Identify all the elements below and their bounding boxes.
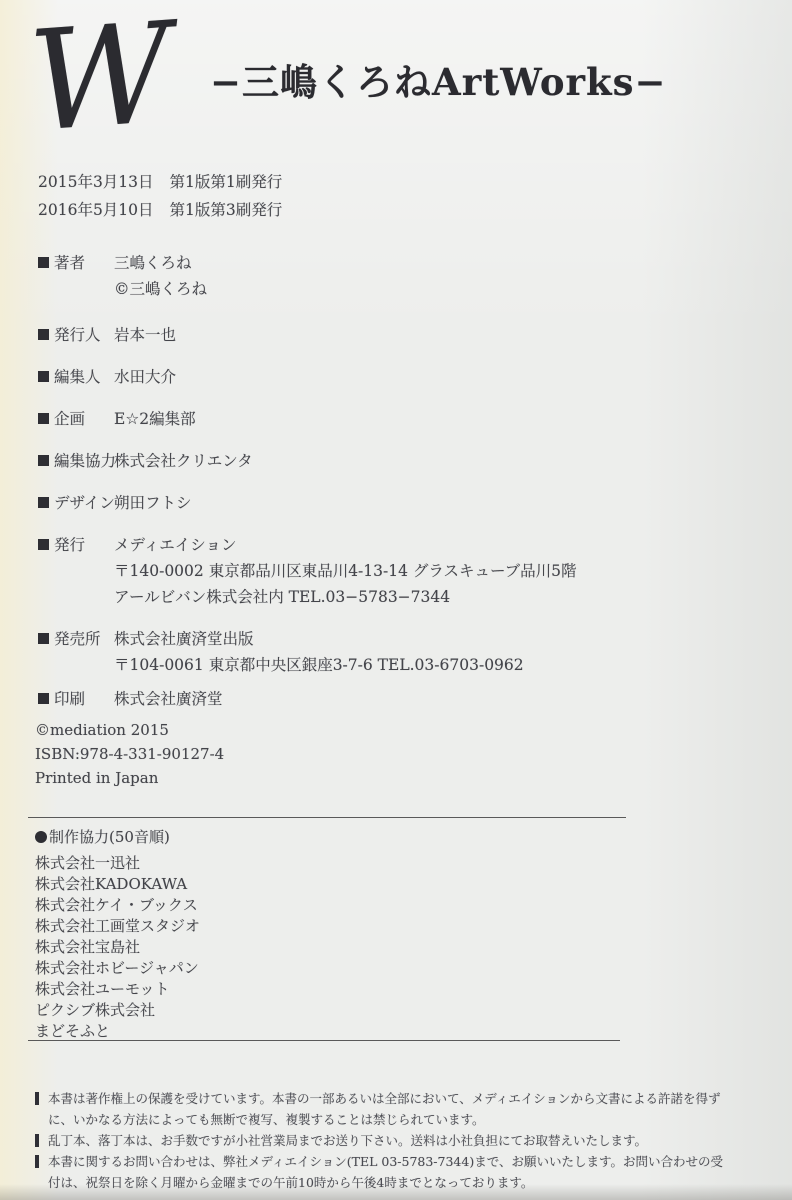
credit-value: 株式会社クリエンタ bbox=[114, 448, 253, 474]
edition-info: 第1版第3刷発行 bbox=[170, 196, 283, 224]
credit-label: 発行 bbox=[38, 532, 114, 610]
note-inquiries: 本書に関するお問い合わせは、弊社メディエイション(TEL 03-5783-734… bbox=[35, 1151, 780, 1193]
copyright-line: ©mediation 2015 bbox=[35, 718, 224, 742]
credit-label: 発売所 bbox=[38, 626, 114, 678]
credit-value-line: E☆2編集部 bbox=[114, 406, 196, 432]
credit-value: 株式会社廣済堂出版 〒104-0061 東京都中央区銀座3-7-6 TEL.03… bbox=[114, 626, 524, 678]
credit-value-line: メディエイション bbox=[114, 532, 577, 558]
credit-value: 三嶋くろね ©三嶋くろね bbox=[114, 250, 207, 302]
company-item: 株式会社工画堂スタジオ bbox=[35, 916, 200, 937]
credit-row-editor: 編集人 水田大介 bbox=[38, 364, 577, 390]
credit-value-line: アールビバン株式会社内 TEL.03−5783−7344 bbox=[114, 584, 577, 610]
credit-value-line: 株式会社廣済堂出版 bbox=[114, 626, 524, 652]
note-line: 本書に関するお問い合わせは、弊社メディエイション(TEL 03-5783-734… bbox=[48, 1151, 780, 1172]
divider-rule-bottom bbox=[28, 1040, 620, 1041]
square-bullet-icon bbox=[38, 539, 49, 550]
edition-date: 2016年5月10日 bbox=[38, 196, 154, 224]
credit-label-text: 著者 bbox=[54, 254, 85, 272]
credit-value-line: 三嶋くろね bbox=[114, 250, 207, 276]
edition-line: 2015年3月13日 第1版第1刷発行 bbox=[38, 168, 282, 196]
note-line: 乱丁本、落丁本は、お手数ですが小社営業局までお送り下さい。送料は小社負担にてお取… bbox=[48, 1130, 780, 1151]
note-line: に、いかなる方法によっても無断で複写、複製することは禁じられています。 bbox=[48, 1109, 780, 1130]
square-bullet-icon bbox=[38, 455, 49, 466]
credit-label: 印刷 bbox=[38, 686, 114, 712]
square-bullet-icon bbox=[38, 329, 49, 340]
credit-row-planning: 企画 E☆2編集部 bbox=[38, 406, 577, 432]
credit-value-line: 岩本一也 bbox=[114, 322, 176, 348]
credit-label-text: 編集人 bbox=[54, 368, 101, 386]
book-title: −三嶋くろねArtWorks− bbox=[210, 52, 666, 106]
printed-in-line: Printed in Japan bbox=[35, 766, 224, 790]
credit-row-distributor: 発売所 株式会社廣済堂出版 〒104-0061 東京都中央区銀座3-7-6 TE… bbox=[38, 626, 577, 678]
credit-row-publishing: 発行 メディエイション 〒140-0002 東京都品川区東品川4-13-14 グ… bbox=[38, 532, 577, 610]
company-item: 株式会社ホビージャパン bbox=[35, 958, 200, 979]
note-line: 付は、祝祭日を除く月曜から金曜までの午前10時から午後4時までとなっております。 bbox=[48, 1172, 780, 1193]
divider-rule-top bbox=[28, 817, 626, 818]
credit-label: 企画 bbox=[38, 406, 114, 432]
edition-info: 第1版第1刷発行 bbox=[170, 168, 283, 196]
square-bullet-icon bbox=[38, 497, 49, 508]
square-bullet-icon bbox=[38, 693, 49, 704]
credit-row-publisher-person: 発行人 岩本一也 bbox=[38, 322, 577, 348]
edition-history: 2015年3月13日 第1版第1刷発行 2016年5月10日 第1版第3刷発行 bbox=[38, 168, 282, 224]
credit-label-text: デザイン bbox=[54, 494, 115, 512]
credit-label-text: 編集協力 bbox=[54, 452, 116, 470]
company-item: 株式会社一迅社 bbox=[35, 853, 200, 874]
company-item: 株式会社ケイ・ブックス bbox=[35, 895, 200, 916]
credit-label-text: 発行 bbox=[54, 536, 85, 554]
credit-row-editorial-cooperation: 編集協力 株式会社クリエンタ bbox=[38, 448, 577, 474]
cooperation-heading-text: 制作協力(50音順) bbox=[49, 828, 170, 846]
credit-label-text: 企画 bbox=[54, 410, 85, 428]
credit-label: 著者 bbox=[38, 250, 114, 302]
bar-bullet-icon bbox=[35, 1155, 39, 1168]
credit-value-line: 朔田フトシ bbox=[114, 490, 192, 516]
credit-value: 水田大介 bbox=[114, 364, 176, 390]
square-bullet-icon bbox=[38, 371, 49, 382]
square-bullet-icon bbox=[38, 413, 49, 424]
credit-value-line: 〒104-0061 東京都中央区銀座3-7-6 TEL.03-6703-0962 bbox=[114, 652, 524, 678]
cooperation-company-list: 株式会社一迅社 株式会社KADOKAWA 株式会社ケイ・ブックス 株式会社工画堂… bbox=[35, 853, 200, 1042]
credit-row-design: デザイン 朔田フトシ bbox=[38, 490, 577, 516]
credit-row-author: 著者 三嶋くろね ©三嶋くろね bbox=[38, 250, 577, 302]
credit-label-text: 発売所 bbox=[54, 630, 101, 648]
legal-notes: 本書は著作権上の保護を受けています。本書の一部あるいは全部において、メディエイシ… bbox=[35, 1088, 780, 1193]
credit-row-printing: 印刷 株式会社廣済堂 bbox=[38, 686, 577, 712]
credit-value: 岩本一也 bbox=[114, 322, 176, 348]
colophon-page: W −三嶋くろねArtWorks− 2015年3月13日 第1版第1刷発行 20… bbox=[0, 0, 792, 1200]
credit-value: メディエイション 〒140-0002 東京都品川区東品川4-13-14 グラスキ… bbox=[114, 532, 577, 610]
credit-label: 発行人 bbox=[38, 322, 114, 348]
isbn-line: ISBN:978-4-331-90127-4 bbox=[35, 742, 224, 766]
note-defective-copies: 乱丁本、落丁本は、お手数ですが小社営業局までお送り下さい。送料は小社負担にてお取… bbox=[35, 1130, 780, 1151]
bar-bullet-icon bbox=[35, 1092, 39, 1105]
credit-label: デザイン bbox=[38, 490, 114, 516]
edition-date: 2015年3月13日 bbox=[38, 168, 154, 196]
circle-bullet-icon bbox=[35, 831, 47, 843]
note-line: 本書は著作権上の保護を受けています。本書の一部あるいは全部において、メディエイシ… bbox=[48, 1088, 780, 1109]
credit-value-line: 水田大介 bbox=[114, 364, 176, 390]
credit-label: 編集人 bbox=[38, 364, 114, 390]
production-cooperation: 制作協力(50音順) 株式会社一迅社 株式会社KADOKAWA 株式会社ケイ・ブ… bbox=[35, 827, 200, 1042]
credit-value: 朔田フトシ bbox=[114, 490, 192, 516]
note-copyright-protection: 本書は著作権上の保護を受けています。本書の一部あるいは全部において、メディエイシ… bbox=[35, 1088, 780, 1130]
edition-line: 2016年5月10日 第1版第3刷発行 bbox=[38, 196, 282, 224]
w-script-logo: W bbox=[25, 0, 177, 159]
bar-bullet-icon bbox=[35, 1134, 39, 1147]
cooperation-heading: 制作協力(50音順) bbox=[35, 827, 200, 847]
credit-label: 編集協力 bbox=[38, 448, 114, 474]
credit-value-line: ©三嶋くろね bbox=[114, 276, 207, 302]
company-item: ピクシブ株式会社 bbox=[35, 1000, 200, 1021]
company-item: まどそふと bbox=[35, 1021, 200, 1042]
credit-value: E☆2編集部 bbox=[114, 406, 196, 432]
credit-value: 株式会社廣済堂 bbox=[114, 686, 223, 712]
copyright-block: ©mediation 2015 ISBN:978-4-331-90127-4 P… bbox=[35, 718, 224, 790]
company-item: 株式会社KADOKAWA bbox=[35, 874, 200, 895]
credit-value-line: 株式会社廣済堂 bbox=[114, 686, 223, 712]
credit-value-line: 〒140-0002 東京都品川区東品川4-13-14 グラスキューブ品川5階 bbox=[114, 558, 577, 584]
credit-value-line: 株式会社クリエンタ bbox=[114, 448, 253, 474]
credits-list: 著者 三嶋くろね ©三嶋くろね 発行人 岩本一也 編集人 水田大介 企画 E☆2… bbox=[38, 250, 577, 728]
square-bullet-icon bbox=[38, 633, 49, 644]
square-bullet-icon bbox=[38, 257, 49, 268]
company-item: 株式会社ユーモット bbox=[35, 979, 200, 1000]
credit-label-text: 印刷 bbox=[54, 690, 85, 708]
company-item: 株式会社宝島社 bbox=[35, 937, 200, 958]
credit-label-text: 発行人 bbox=[54, 326, 101, 344]
